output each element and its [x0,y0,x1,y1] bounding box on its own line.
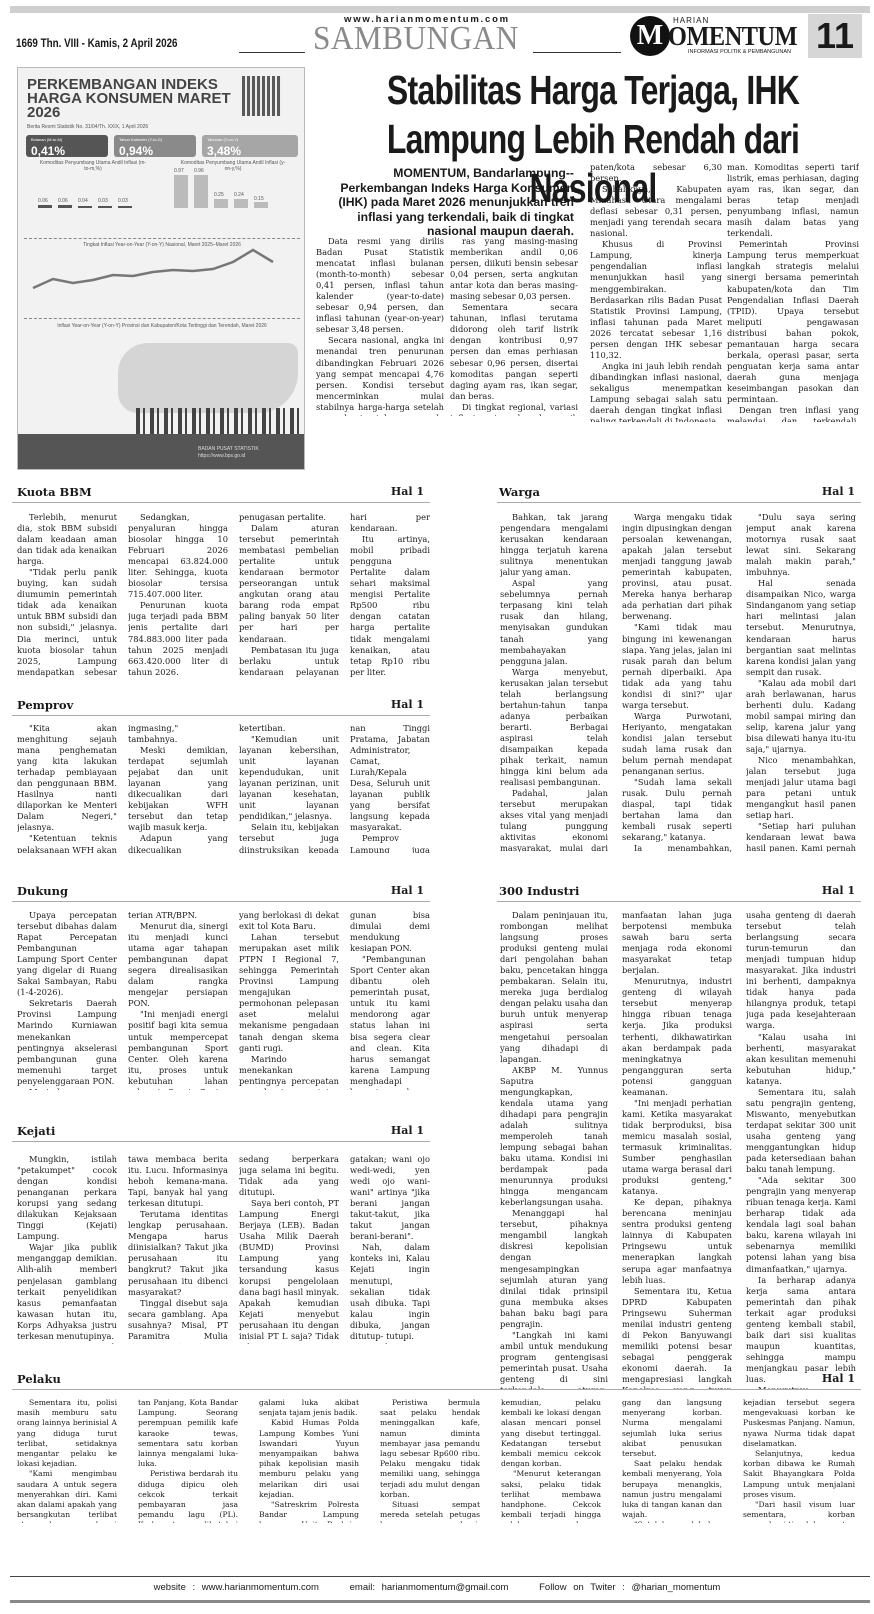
pemprov-col-2: ingmasing," tambahnya.Meski demikian, te… [128,723,228,853]
footer-website[interactable]: website : www.harianmomentum.com [154,1582,319,1593]
footer-twitter[interactable]: Follow on Twiter : @harian_momentum [539,1582,720,1593]
logo-tagline: INFORMASI POLITIK & PEMBANGUNAN [688,49,791,55]
qr-code-icon [242,76,282,116]
masthead: 1669 Thn. VIII - Kamis, 2 April 2026 www… [0,14,874,58]
city-skyline [136,408,305,434]
pelaku-col-5: kemudian, pelaku kembali ke lokasi denga… [501,1398,601,1523]
kuota-col-3: penugasan pertalite.Dalam aturan tersebu… [239,512,339,677]
section-kuota-bbm: Kuota BBMHal 1 [12,483,430,503]
lede: MOMENTUM, Bandarlampung--Perkembangan In… [312,166,574,239]
industri-col-2: manfaatan lahan juga berpotensi membuka … [622,910,732,1390]
lead-col-1: Data resmi yang dirilis Badan Pusat Stat… [316,236,444,416]
kuota-col-1: Terlebih, menurut dia, stok BBM subsidi … [17,512,117,677]
warga-col-2: Warga mengaku tidak ingin dipusingkan de… [622,512,732,852]
bar [58,205,72,208]
lead-col-2: ras yang masing-masing memberikan andil … [450,236,578,416]
bar [234,199,248,208]
dukung-col-2: terian ATR/BPN.Menurut dia, sinergi itu … [128,910,228,1090]
infographic-subtitle: Berita Resmi Statistik No. 31/04/Th. XXI… [27,124,148,130]
lead-col-4: man. Komoditas seperti tarif listrik, em… [727,162,859,422]
pelaku-col-3: galami luka akibat senjata tajam jenis b… [259,1398,359,1523]
bar [254,202,268,208]
kuota-col-4: hari per kendaraan.Itu artinya, mobil pr… [350,512,430,677]
edition-info: 1669 Thn. VIII - Kamis, 2 April 2026 [16,36,178,50]
section-kejati: KejatiHal 1 [12,1122,430,1142]
kejati-col-2: tawa membaca berita itu. Lucu. Informasi… [128,1154,228,1344]
warga-col-1: Bahkan, tak jarang pengendara mengalami … [500,512,608,852]
pelaku-col-1: Sementara itu, polisi masih memburu satu… [17,1398,117,1523]
pemprov-col-4: nan Tinggi Pratama, Jabatan Administrato… [350,723,430,853]
pemprov-col-1: "Kita akan menghitung sejauh mana penghe… [17,723,117,853]
logo-m-icon: M [630,16,670,56]
top-rule [10,6,870,13]
footer: website : www.harianmomentum.com email: … [0,1582,874,1593]
footer-email[interactable]: email: harianmomentum@gmail.com [350,1582,509,1593]
section-300-industri: 300 IndustriHal 1 [497,882,861,902]
bps-footer: BADAN PUSAT STATISTIK https://www.bps.go… [18,434,305,470]
bar [98,206,112,208]
bar [194,175,208,208]
footer-bar [10,1600,870,1603]
infographic-title: PERKEMBANGAN INDEKS HARGA KONSUMEN MARET… [27,78,237,120]
bar [118,206,132,208]
bar [38,205,52,208]
map-heading: Inflasi Year-on-Year (Y-on-Y) Provinsi d… [18,323,305,329]
pelaku-col-2: tan Panjang, Kota Bandar Lampung. Seoran… [138,1398,238,1523]
divider [533,52,621,53]
dukung-col-4: gunan bisa dimulai demi mendukung kesiap… [350,910,430,1090]
industri-col-3: usaha genteng di daerah tersebut telah b… [746,910,856,1390]
dukung-col-1: Upaya percepatan tersebut dibahas dalam … [17,910,117,1090]
warga-col-3: "Dulu saya sering jemput anak karena mot… [746,512,856,852]
section-warga: WargaHal 1 [497,483,861,503]
kuota-col-2: Sedangkan, penyaluran hingga biosolar hi… [128,512,228,677]
dukung-col-3: yang berlokasi di dekat exit tol Kota Ba… [239,910,339,1090]
page-number: 11 [808,14,862,58]
pelaku-col-7: kejadian tersebut segera mengevakuasi ko… [743,1398,855,1523]
ihk-infographic: PERKEMBANGAN INDEKS HARGA KONSUMEN MARET… [17,67,305,470]
kejati-col-1: Mungkin, istilah "petakumpet" cocok deng… [17,1154,117,1344]
section-title: SAMBUNGAN [313,20,519,58]
bar [78,206,92,208]
kejati-col-4: gatakan; wani ojo wedi-wedi, yen wedi oj… [350,1154,430,1344]
industri-col-1: Dalam peninjauan itu, rombongan melihat … [500,910,608,1390]
section-pemprov: PemprovHal 1 [12,696,430,716]
kejati-col-3: sedang berperkara juga selama ini begitu… [239,1154,339,1344]
yoy-line-chart [28,248,298,308]
mtm-heading: Komoditas Penyumbang Utama Andil Inflasi… [38,160,148,172]
section-pelaku: PelakuHal 1 [12,1370,861,1390]
indonesia-map [118,343,298,413]
divider [239,52,305,53]
badge-yoy: Tahunan (Y-on-Y)3,48% [202,135,298,157]
badge-ytd: Tahun Kalender (Y-to-D)0,94% [114,135,196,157]
footer-rule [10,1576,870,1577]
pelaku-col-6: gang dan langsung menyerang korban. Nurm… [622,1398,722,1523]
section-dukung: DukungHal 1 [12,882,430,902]
bar [174,175,188,208]
pemprov-col-3: ketertiban."Kemudian unit layanan kebers… [239,723,339,853]
lead-col-3: paten/kota sebesar 6,30 persen.Sebalikny… [590,162,722,422]
logo-name: OMENTUM [668,21,797,52]
bar [214,199,228,208]
badge-mtm: Bulanan (M-to-M)0,41% [26,135,108,157]
pelaku-col-4: Peristiwa bermula saat pelaku hendak men… [380,1398,480,1523]
